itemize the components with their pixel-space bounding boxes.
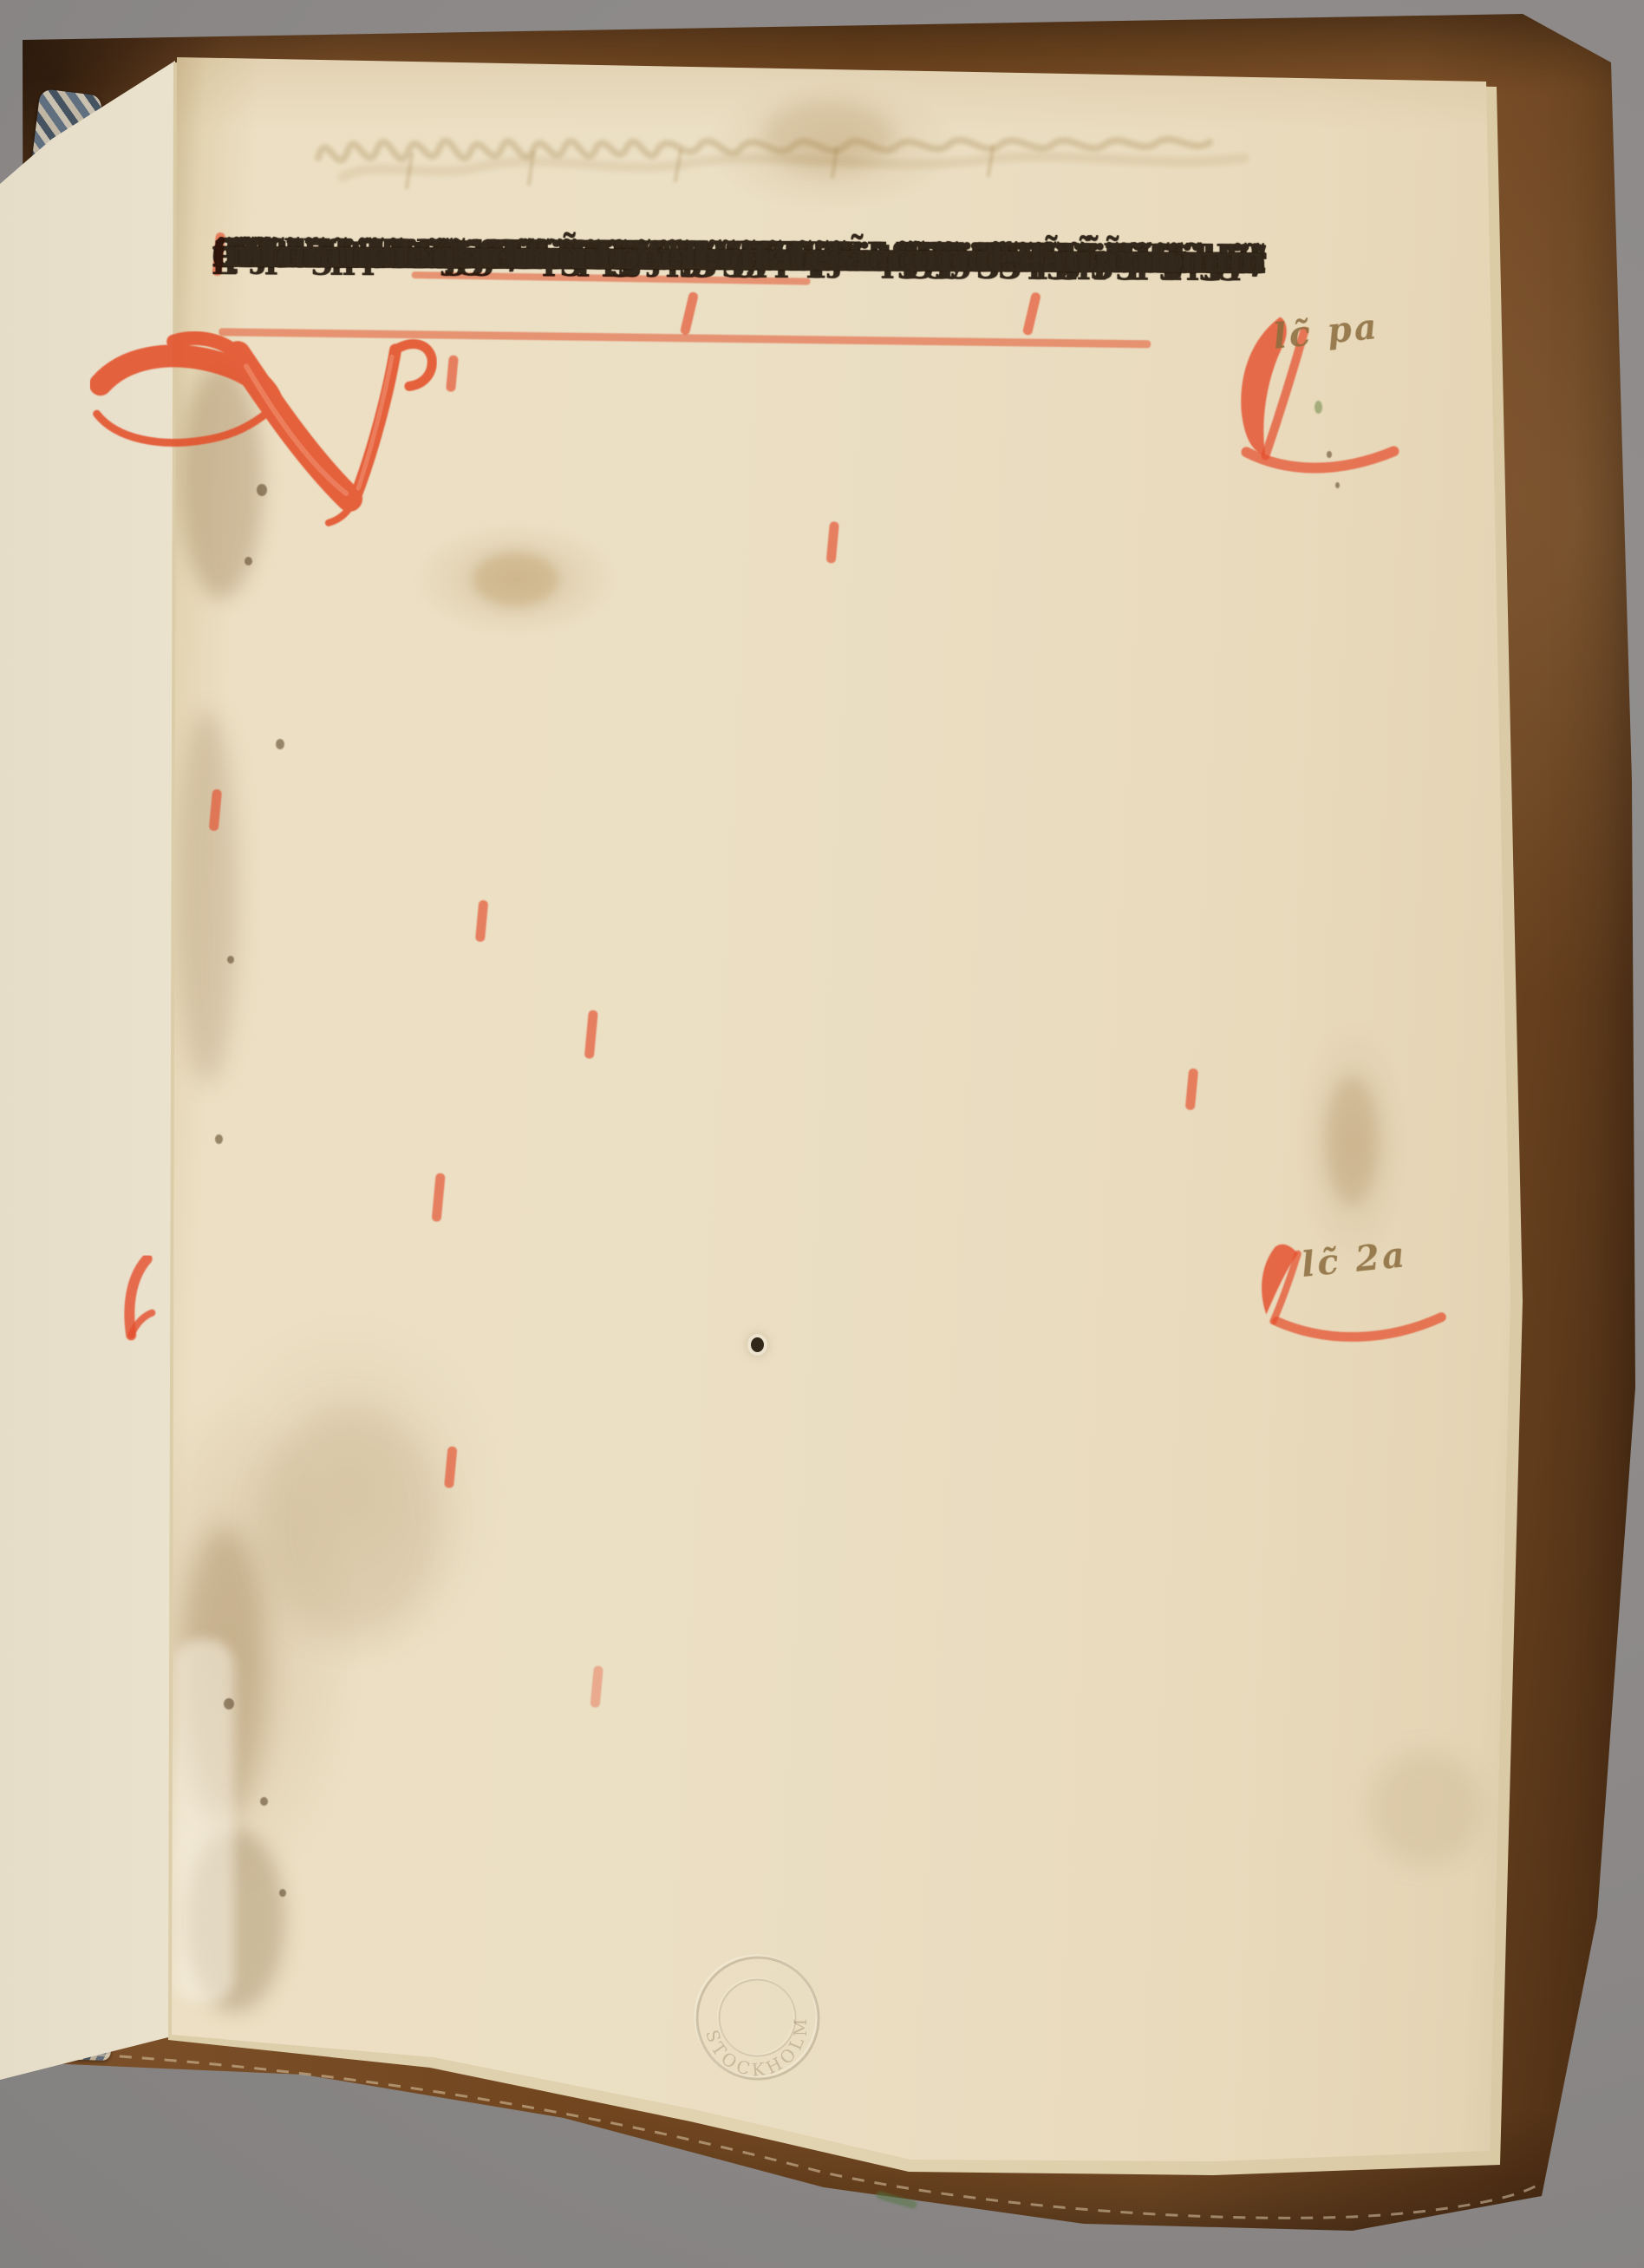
speck [276, 739, 284, 749]
wormhole [751, 1337, 764, 1352]
gutter-stain [177, 711, 238, 1084]
speck [260, 1797, 268, 1806]
faded-inscription [308, 97, 1279, 201]
initial-v [89, 330, 437, 540]
stain [473, 552, 559, 607]
speck [227, 956, 234, 964]
stain [1370, 1752, 1483, 1865]
incunabulum-photo: STOCKHOLM C Jncipit vita ſiue legẽda cũ … [0, 0, 1644, 2268]
speck [215, 1134, 223, 1144]
paraph-mark [117, 1255, 163, 1345]
stain [1325, 1075, 1379, 1206]
speck [279, 1889, 286, 1897]
speck [1335, 482, 1340, 488]
embossed-stamp: STOCKHOLM [678, 1938, 834, 2095]
drop-cap-letter: V [212, 227, 213, 228]
worn-pale-patch [173, 1639, 234, 2003]
speck [245, 557, 252, 565]
stain [260, 1405, 442, 1639]
speck [224, 1698, 234, 1709]
